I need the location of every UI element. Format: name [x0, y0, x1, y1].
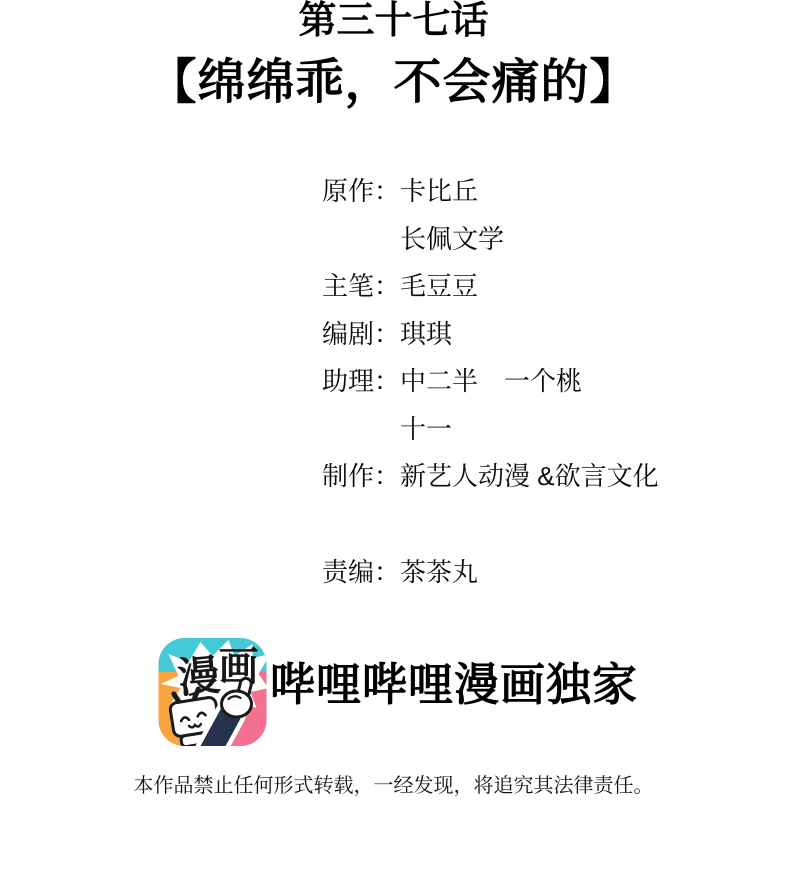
credit-value: 新艺人动漫 &欲言文化: [400, 461, 659, 509]
credit-label: [322, 414, 400, 462]
episode-title: 【绵绵乖，不会痛的】: [0, 56, 787, 110]
credit-row-assistants-cont: 十一: [322, 414, 659, 462]
credit-row-editor: 责编： 茶茶丸: [322, 557, 659, 605]
credit-value: 毛豆豆: [400, 271, 478, 319]
credit-row-production: 制作： 新艺人动漫 &欲言文化: [322, 461, 659, 509]
credit-value: 长佩文学: [400, 224, 504, 272]
credit-value: 卡比丘: [400, 176, 478, 224]
credit-label: 制作：: [322, 461, 400, 509]
bilibili-manga-app-icon: 漫 画: [158, 638, 267, 746]
credit-value: 茶茶丸: [400, 557, 478, 605]
credit-row-original-author: 原作： 卡比丘: [322, 176, 659, 224]
exclusive-platform-text: 哔哩哔哩漫画独家: [270, 661, 638, 709]
copyright-disclaimer: 本作品禁止任何形式转载，一经发现，将追究其法律责任。: [0, 772, 787, 800]
credit-row-lead-artist: 主笔： 毛豆豆: [322, 271, 659, 319]
credit-row-screenwriter: 编剧： 琪琪: [322, 319, 659, 367]
credit-label: 原作：: [322, 176, 400, 224]
chapter-number: 第三十七话: [0, 0, 787, 42]
credit-label: 主笔：: [322, 271, 400, 319]
credit-row-assistants: 助理： 中二半 一个桃: [322, 366, 659, 414]
credit-label: [322, 224, 400, 272]
credit-row-original-source: 长佩文学: [322, 224, 659, 272]
credit-value: 十一: [400, 414, 452, 462]
credit-value: 琪琪: [400, 319, 452, 367]
credit-label: 编剧：: [322, 319, 400, 367]
credit-label: 助理：: [322, 366, 400, 414]
credit-value: 中二半 一个桃: [400, 366, 582, 414]
manga-credits-page: 第三十七话 【绵绵乖，不会痛的】 原作： 卡比丘 长佩文学 主笔： 毛豆豆 编剧…: [0, 0, 787, 884]
credit-label: 责编：: [322, 557, 400, 605]
credits-list: 原作： 卡比丘 长佩文学 主笔： 毛豆豆 编剧： 琪琪 助理： 中二半 一个桃 …: [322, 176, 659, 604]
